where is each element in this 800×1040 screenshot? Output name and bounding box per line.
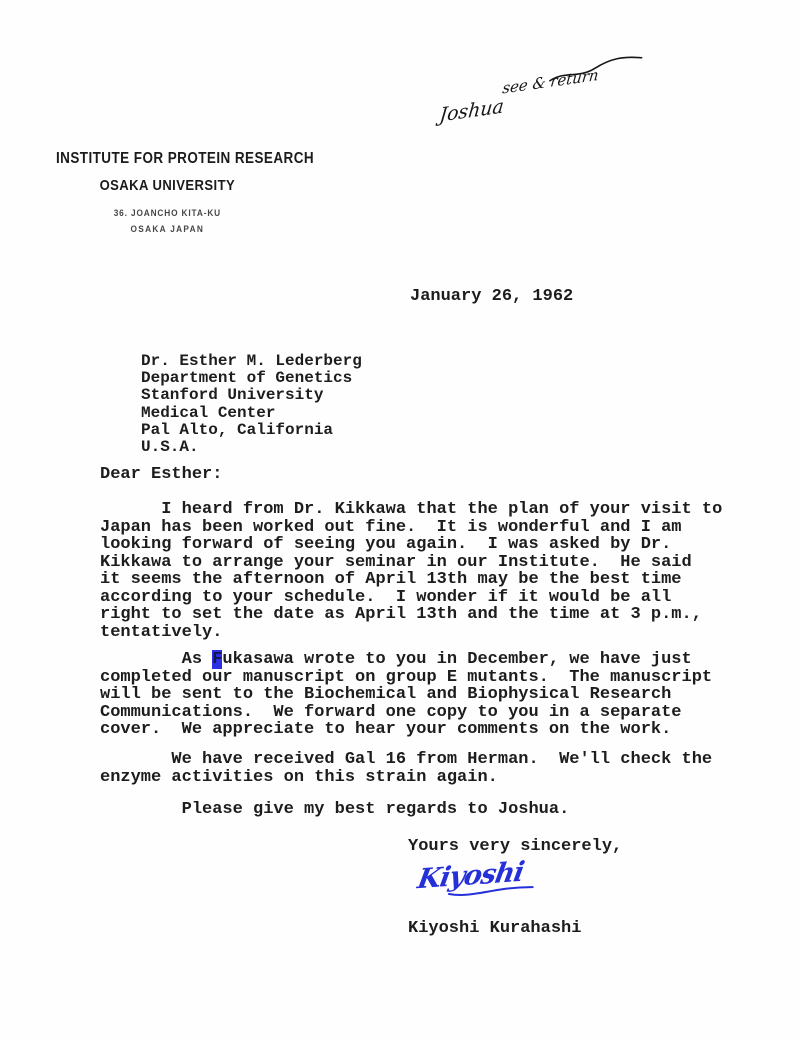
letterhead-address: 36. JOANCHO KITA-KU bbox=[56, 208, 279, 219]
body-paragraph-2: As Fukasawa wrote to you in December, we… bbox=[100, 651, 712, 739]
paragraph-line: Kikkawa to arrange your seminar in our I… bbox=[100, 554, 722, 572]
paragraph-line: it seems the afternoon of April 13th may… bbox=[100, 571, 722, 589]
handwritten-annotation: Joshua see & return bbox=[429, 49, 656, 143]
recipient-name: Dr. Esther M. Lederberg bbox=[141, 353, 362, 370]
paragraph-line: according to your schedule. I wonder if … bbox=[100, 589, 722, 607]
body-paragraph-4: Please give my best regards to Joshua. bbox=[100, 801, 569, 819]
paragraph-line: Communications. We forward one copy to y… bbox=[100, 704, 712, 722]
line-post-text: ukasawa wrote to you in December, we hav… bbox=[222, 650, 691, 669]
signer-name: Kiyoshi Kurahashi bbox=[408, 920, 581, 938]
recipient-university: Stanford University bbox=[141, 387, 362, 404]
highlighted-letter: F bbox=[212, 650, 222, 669]
body-paragraph-3: We have received Gal 16 from Herman. We'… bbox=[100, 751, 712, 786]
paragraph-line: We have received Gal 16 from Herman. We'… bbox=[100, 751, 712, 769]
paragraph-line: completed our manuscript on group E muta… bbox=[100, 669, 712, 687]
signature-script: Kiyoshi bbox=[417, 856, 537, 903]
letterhead-city: OSAKA JAPAN bbox=[56, 224, 279, 235]
recipient-country: U.S.A. bbox=[141, 439, 362, 456]
paragraph-line: tentatively. bbox=[100, 624, 722, 642]
recipient-city: Pal Alto, California bbox=[141, 422, 362, 439]
line-pre-text: As bbox=[100, 650, 212, 669]
paragraph-line: Japan has been worked out fine. It is wo… bbox=[100, 519, 722, 537]
paragraph-line: I heard from Dr. Kikkawa that the plan o… bbox=[100, 501, 722, 519]
paragraph-line: looking forward of seeing you again. I w… bbox=[100, 536, 722, 554]
paragraph-line: As Fukasawa wrote to you in December, we… bbox=[100, 651, 712, 669]
annotation-name: Joshua bbox=[439, 95, 505, 127]
paragraph-line: cover. We appreciate to hear your commen… bbox=[100, 721, 712, 739]
closing-line: Yours very sincerely, bbox=[408, 838, 622, 856]
paragraph-line: right to set the date as April 13th and … bbox=[100, 606, 722, 624]
recipient-department: Department of Genetics bbox=[141, 370, 362, 387]
body-paragraph-1: I heard from Dr. Kikkawa that the plan o… bbox=[100, 501, 722, 641]
letterhead-institute: INSTITUTE FOR PROTEIN RESEARCH bbox=[56, 150, 279, 168]
recipient-building: Medical Center bbox=[141, 405, 362, 422]
paragraph-line: Please give my best regards to Joshua. bbox=[100, 801, 569, 819]
letterhead: INSTITUTE FOR PROTEIN RESEARCH OSAKA UNI… bbox=[56, 150, 279, 235]
recipient-address: Dr. Esther M. Lederberg Department of Ge… bbox=[141, 353, 362, 456]
letter-page: Joshua see & return INSTITUTE FOR PROTEI… bbox=[0, 0, 800, 1040]
salutation: Dear Esther: bbox=[100, 466, 222, 484]
letterhead-university: OSAKA UNIVERSITY bbox=[56, 177, 279, 194]
paragraph-line: enzyme activities on this strain again. bbox=[100, 769, 712, 787]
date-line: January 26, 1962 bbox=[410, 288, 573, 306]
paragraph-line: will be sent to the Biochemical and Biop… bbox=[100, 686, 712, 704]
